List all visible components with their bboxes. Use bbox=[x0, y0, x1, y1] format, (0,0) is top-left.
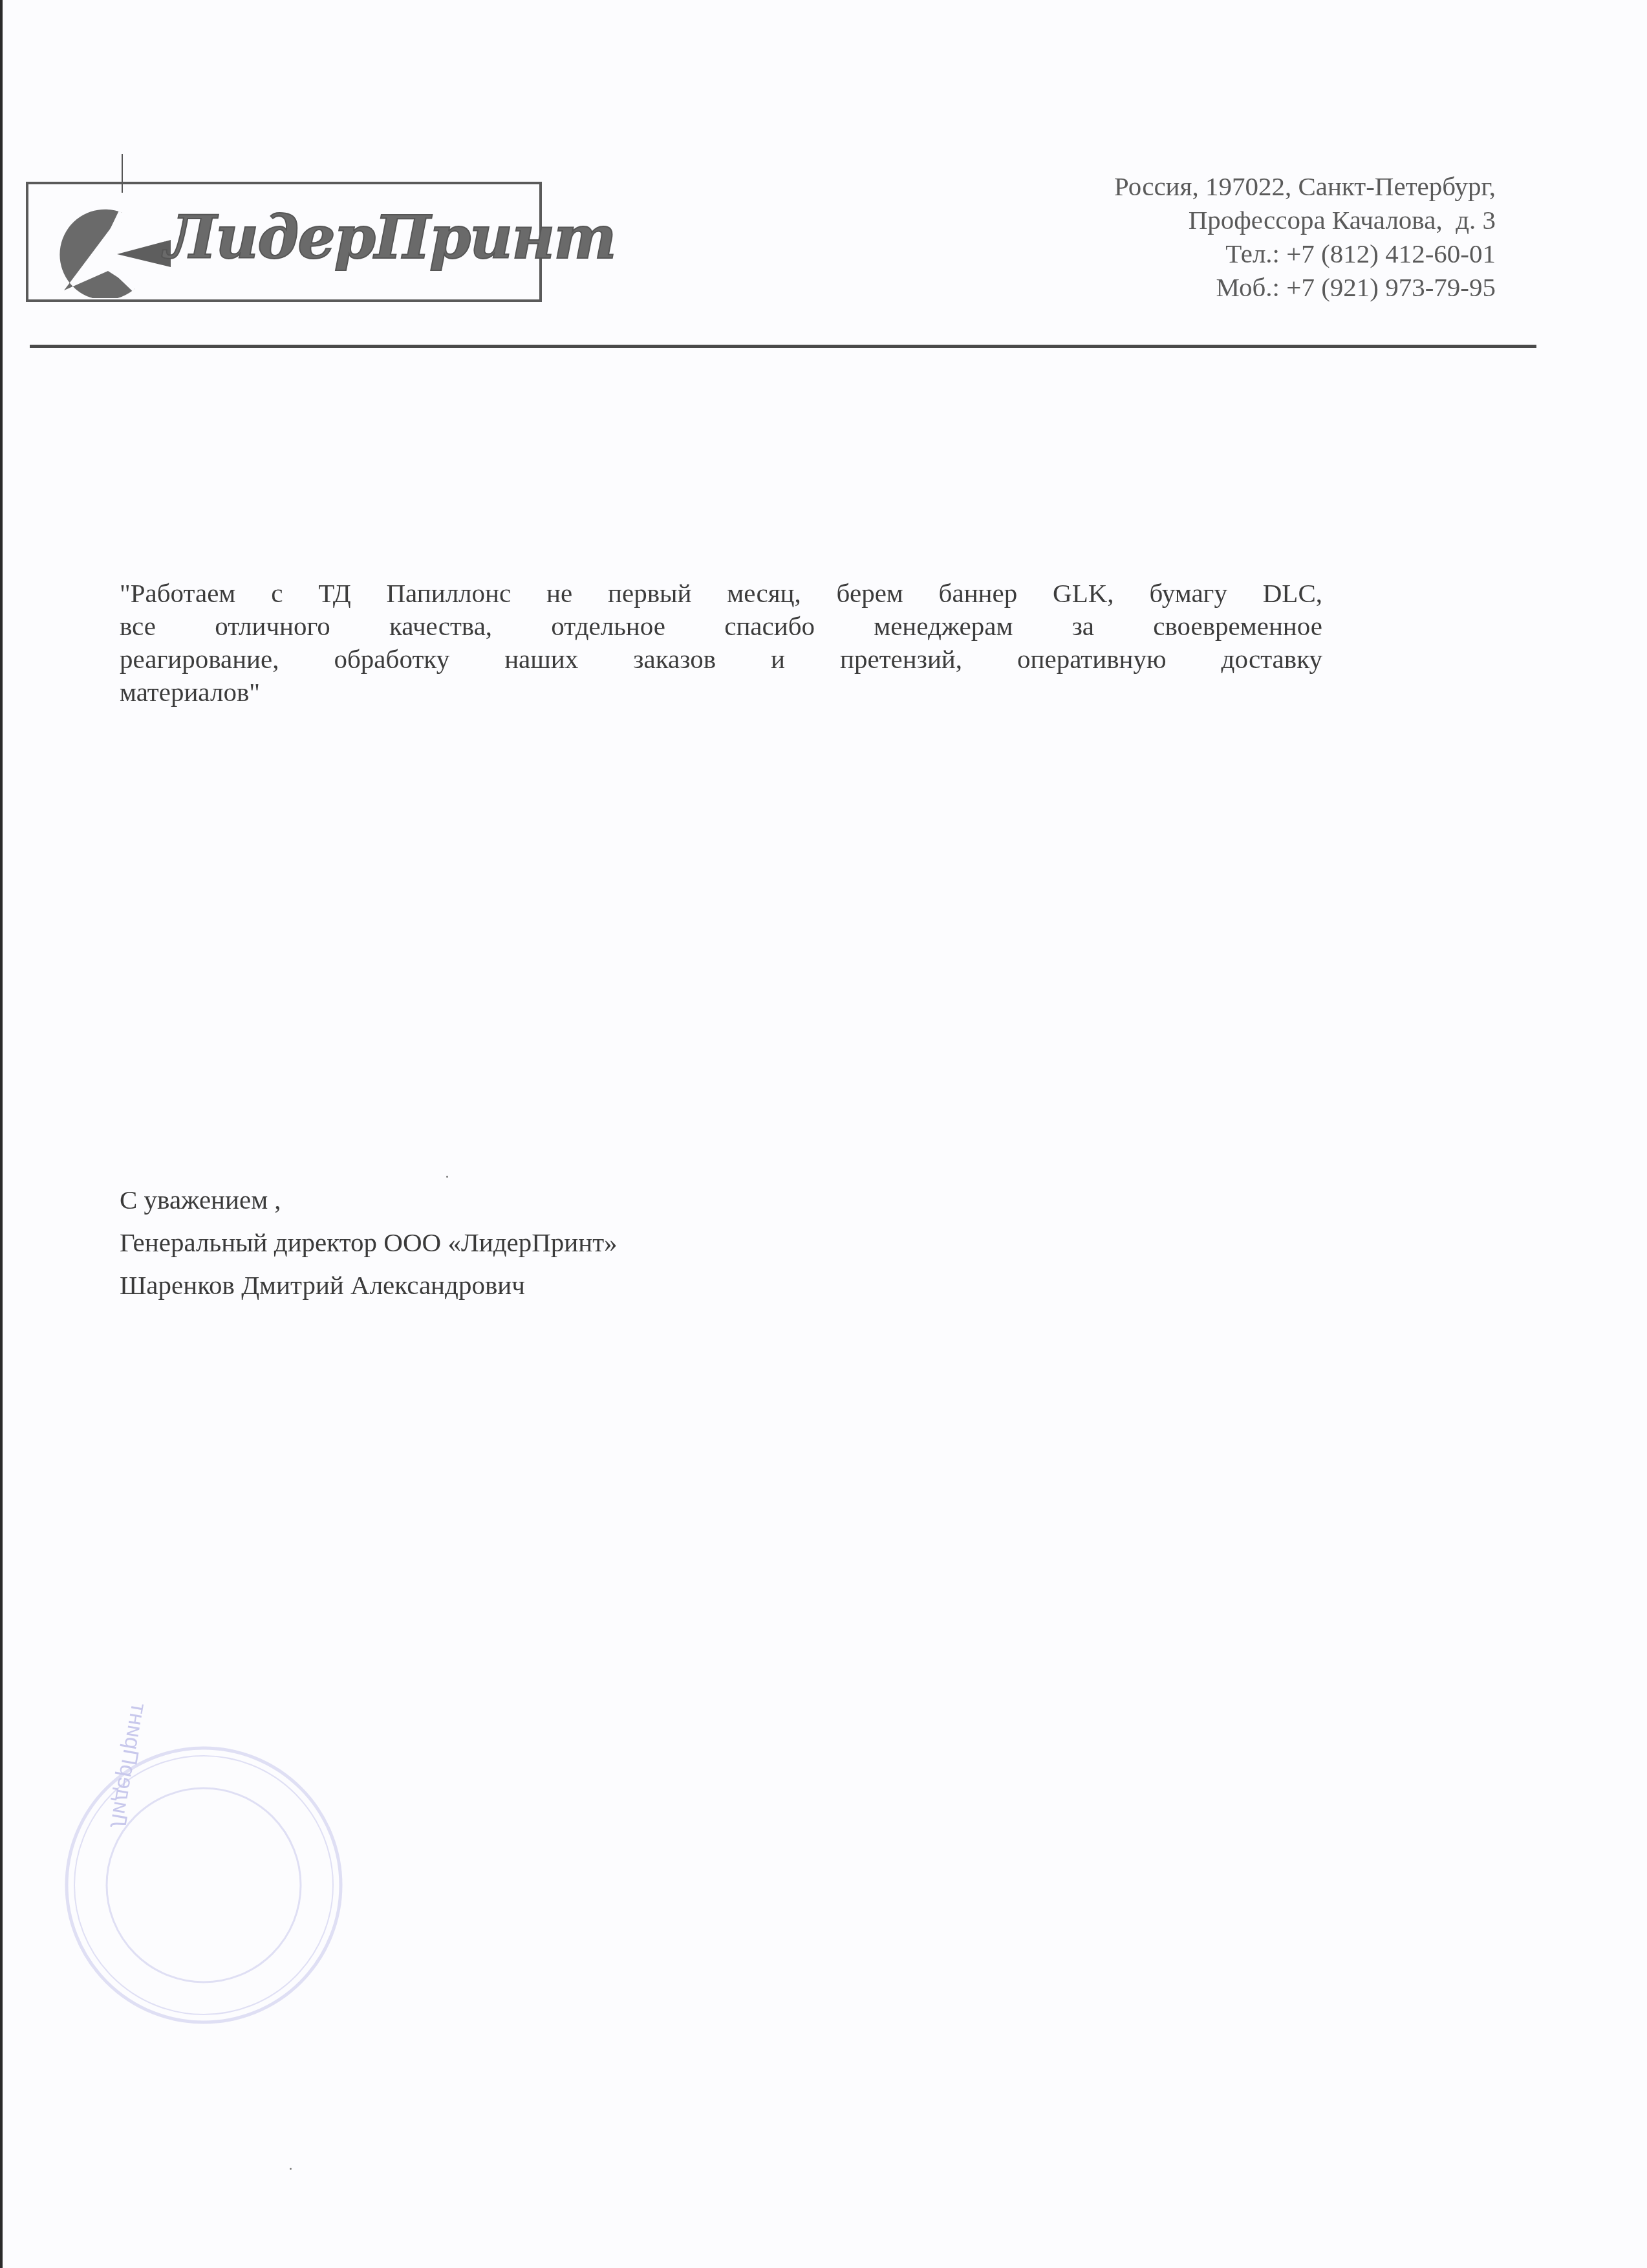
address-line-1: Россия, 197022, Санкт-Петербург, bbox=[1114, 169, 1496, 203]
signature-block: С уважением , Генеральный директор ООО «… bbox=[120, 1178, 618, 1306]
quote-line: реагирование, обработку наших заказов и … bbox=[120, 643, 1322, 676]
quote-line: материалов" bbox=[120, 676, 1322, 709]
closing-phrase: С уважением , bbox=[120, 1178, 618, 1221]
company-stamp-icon bbox=[61, 1743, 346, 2027]
scan-page-edge bbox=[0, 0, 3, 2268]
scan-speck bbox=[290, 2168, 292, 2170]
logo-pie-icon bbox=[58, 208, 174, 298]
header-divider bbox=[30, 345, 1536, 348]
company-logo: ЛидерПринт bbox=[26, 182, 542, 302]
signer-position: Генеральный директор ООО «ЛидерПринт» bbox=[120, 1221, 618, 1264]
signer-name: Шаренков Дмитрий Александрович bbox=[120, 1264, 618, 1306]
address-line-2: Профессора Качалова, д. 3 bbox=[1114, 203, 1496, 237]
quote-line: все отличного качества, отдельное спасиб… bbox=[120, 610, 1322, 643]
logo-wordmark: ЛидерПринт bbox=[164, 202, 616, 272]
phone-line: Тел.: +7 (812) 412-60-01 bbox=[1114, 237, 1496, 270]
scan-speck bbox=[446, 1176, 448, 1178]
company-contacts: Россия, 197022, Санкт-Петербург, Професс… bbox=[1114, 169, 1496, 304]
quote-line: "Работаем с ТД Папиллонс не первый месяц… bbox=[120, 577, 1322, 610]
mobile-line: Моб.: +7 (921) 973-79-95 bbox=[1114, 270, 1496, 304]
testimonial-quote: "Работаем с ТД Папиллонс не первый месяц… bbox=[120, 577, 1322, 709]
